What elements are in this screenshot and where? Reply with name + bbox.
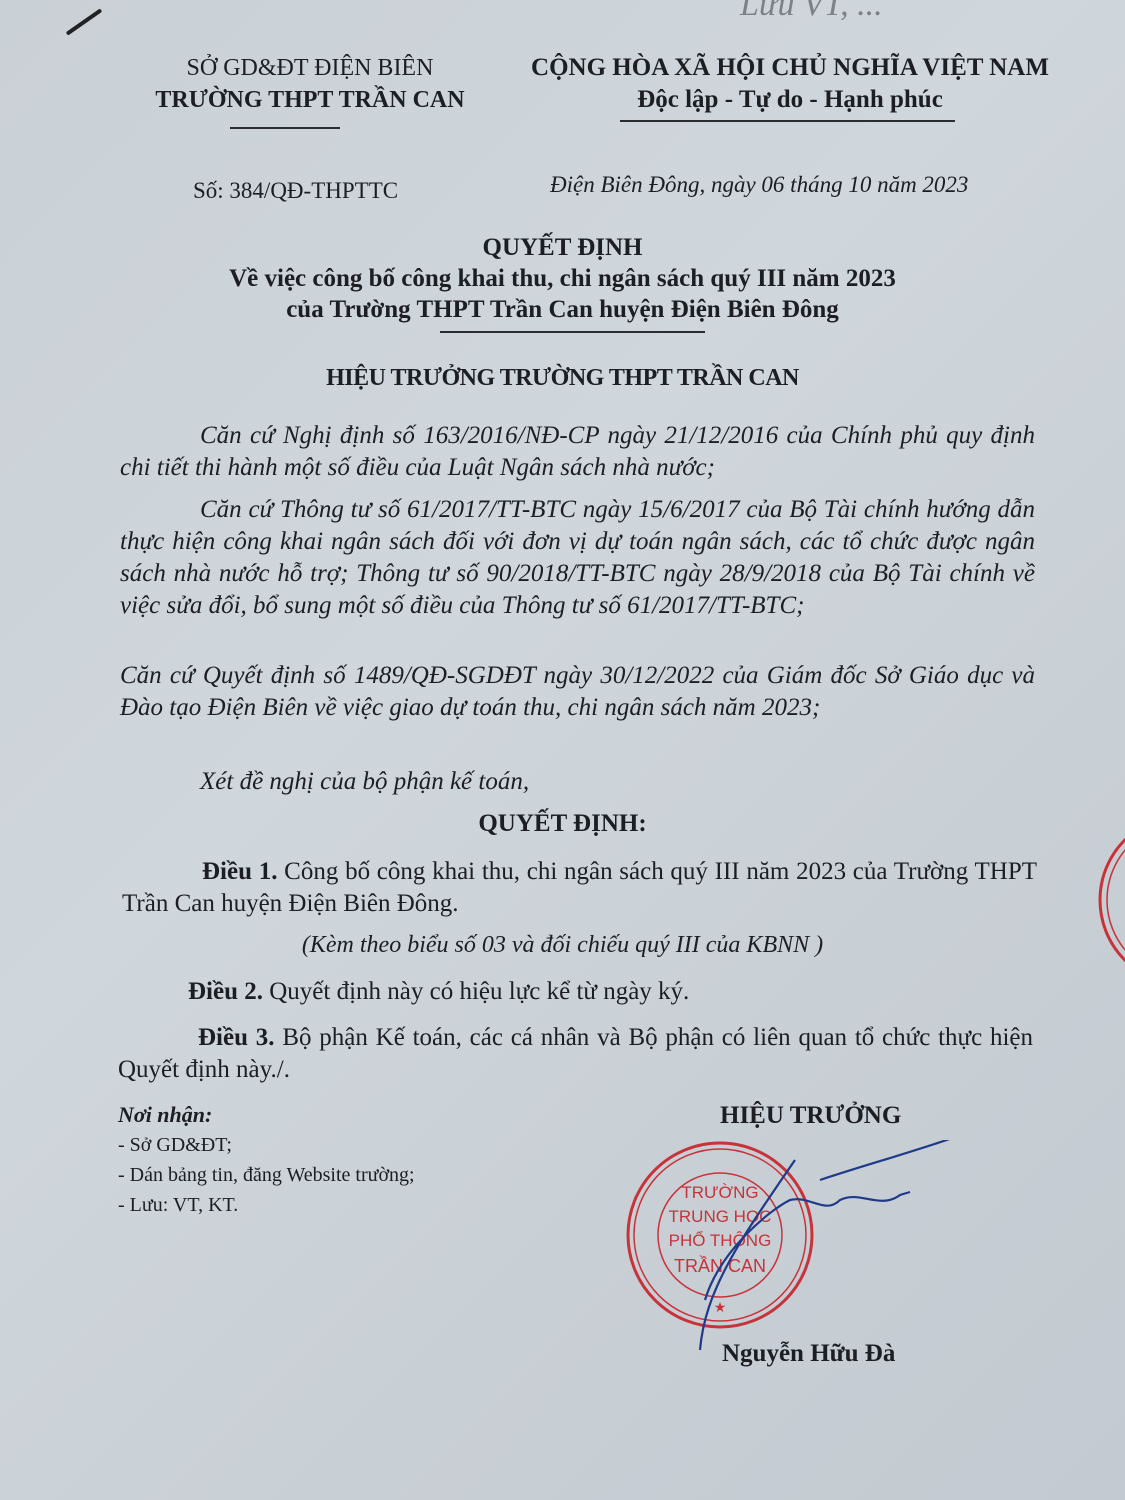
title-underline xyxy=(440,331,705,333)
preamble-4: Xét đề nghị của bộ phận kế toán, xyxy=(120,766,1035,798)
handwritten-note: Lưu VT, ... xyxy=(740,0,883,24)
article-1-label: Điều 1. xyxy=(202,858,277,885)
issuer-underline xyxy=(230,127,340,129)
motto-underline xyxy=(620,120,955,122)
preamble-1: Căn cứ Nghị định số 163/2016/NĐ-CP ngày … xyxy=(120,420,1035,484)
svg-text:PHỔ THÔNG: PHỔ THÔNG xyxy=(669,1231,772,1250)
svg-text:TRƯỜNG: TRƯỜNG xyxy=(681,1183,758,1202)
article-2-text: Quyết định này có hiệu lực kể từ ngày ký… xyxy=(263,978,689,1005)
decision-title: QUYẾT ĐỊNH xyxy=(0,232,1125,263)
preamble-2: Căn cứ Thông tư số 61/2017/TT-BTC ngày 1… xyxy=(120,494,1035,622)
edge-stamp-icon xyxy=(1090,820,1125,980)
article-2-label: Điều 2. xyxy=(188,978,263,1005)
article-1: Điều 1. Công bố công khai thu, chi ngân … xyxy=(122,856,1037,920)
national-block: CỘNG HÒA XÃ HỘI CHỦ NGHĨA VIỆT NAM Độc l… xyxy=(505,52,1075,116)
article-3-label: Điều 3. xyxy=(198,1024,275,1051)
authority-heading: HIỆU TRƯỞNG TRƯỜNG THPT TRẦN CAN xyxy=(0,365,1125,392)
nation-name: CỘNG HÒA XÃ HỘI CHỦ NGHĨA VIỆT NAM xyxy=(505,52,1075,84)
subject-line-1: Về việc công bố công khai thu, chi ngân … xyxy=(0,263,1125,294)
signer-name: Nguyễn Hữu Đà xyxy=(722,1340,895,1368)
preamble-3: Căn cứ Quyết định số 1489/QĐ-SGDĐT ngày … xyxy=(120,660,1035,724)
document-number: Số: 384/QĐ-THPTTC xyxy=(193,178,398,204)
place-date: Điện Biên Đông, ngày 06 tháng 10 năm 202… xyxy=(550,172,968,198)
issuer-block: SỞ GD&ĐT ĐIỆN BIÊN TRƯỜNG THPT TRẦN CAN xyxy=(130,52,490,116)
subject-line-2: của Trường THPT Trần Can huyện Điện Biên… xyxy=(0,294,1125,325)
recipient-item: - Dán bảng tin, đăng Website trường; xyxy=(118,1160,415,1190)
svg-text:★: ★ xyxy=(714,1301,727,1316)
article-2: Điều 2. Quyết định này có hiệu lực kể từ… xyxy=(108,976,1023,1008)
motto: Độc lập - Tự do - Hạnh phúc xyxy=(505,84,1075,116)
title-block: QUYẾT ĐỊNH Về việc công bố công khai thu… xyxy=(0,232,1125,325)
decision-heading: QUYẾT ĐỊNH: xyxy=(0,810,1125,838)
recipient-item: - Lưu: VT, KT. xyxy=(118,1190,415,1220)
recipients-heading: Nơi nhận: xyxy=(118,1100,415,1130)
attachment-note: (Kèm theo biểu số 03 và đối chiếu quý II… xyxy=(0,932,1125,959)
recipients-block: Nơi nhận: - Sở GD&ĐT; - Dán bảng tin, đă… xyxy=(118,1100,415,1220)
school-name: TRƯỜNG THPT TRẦN CAN xyxy=(130,84,490,116)
pen-mark xyxy=(66,8,103,35)
agency-name: SỞ GD&ĐT ĐIỆN BIÊN xyxy=(130,52,490,84)
signer-title: HIỆU TRƯỞNG xyxy=(720,1102,901,1130)
article-3: Điều 3. Bộ phận Kế toán, các cá nhân và … xyxy=(118,1022,1033,1086)
recipient-item: - Sở GD&ĐT; xyxy=(118,1130,415,1160)
